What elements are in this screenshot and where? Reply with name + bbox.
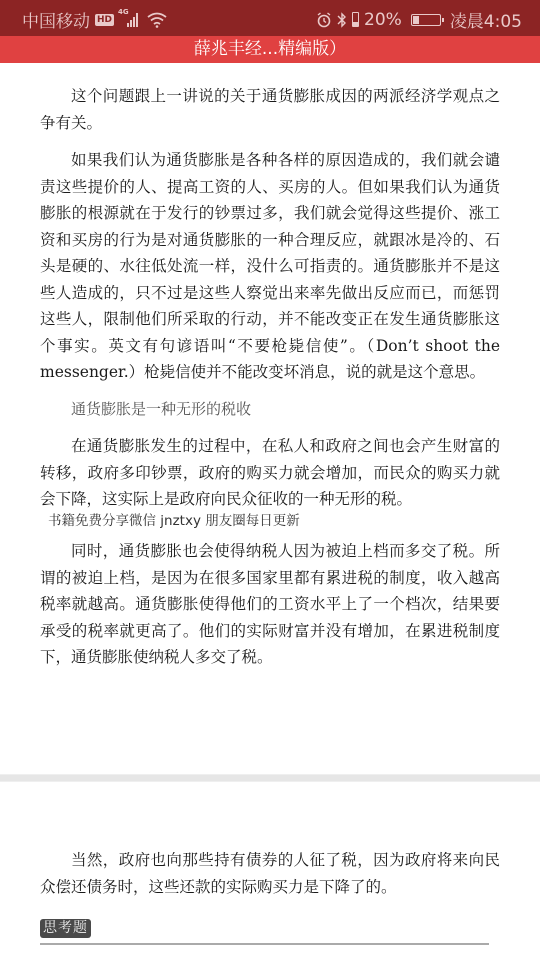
section-badge-thinking-questions: 思考题 bbox=[40, 919, 91, 938]
section-subheading: 通货膨胀是一种无形的税收 bbox=[71, 398, 251, 419]
paragraph: 如果我们认为通货膨胀是各种各样的原因造成的，我们就会谴责这些提价的人、提高工资的… bbox=[40, 147, 500, 386]
watermark-text: 书籍免费分享微信 jnztxy 朋友圈每日更新 bbox=[48, 509, 300, 529]
paragraph: 这个问题跟上一讲说的关于通货膨胀成因的两派经济学观点之争有关。 bbox=[40, 83, 500, 136]
paragraph: 同时，通货膨胀也会使得纳税人因为被迫上档而多交了税。所谓的被迫上档，是因为在很多… bbox=[40, 538, 500, 671]
paragraph: 当然，政府也向那些持有债券的人征了税，因为政府将来向民众偿还债务时，这些还款的实… bbox=[40, 847, 500, 900]
reader-page-1[interactable]: 这个问题跟上一讲说的关于通货膨胀成因的两派经济学观点之争有关。 如果我们认为通货… bbox=[0, 0, 540, 774]
section-rule bbox=[40, 943, 489, 945]
paragraph: 在通货膨胀发生的过程中，在私人和政府之间也会产生财富的转移，政府多印钞票，政府的… bbox=[40, 433, 500, 513]
